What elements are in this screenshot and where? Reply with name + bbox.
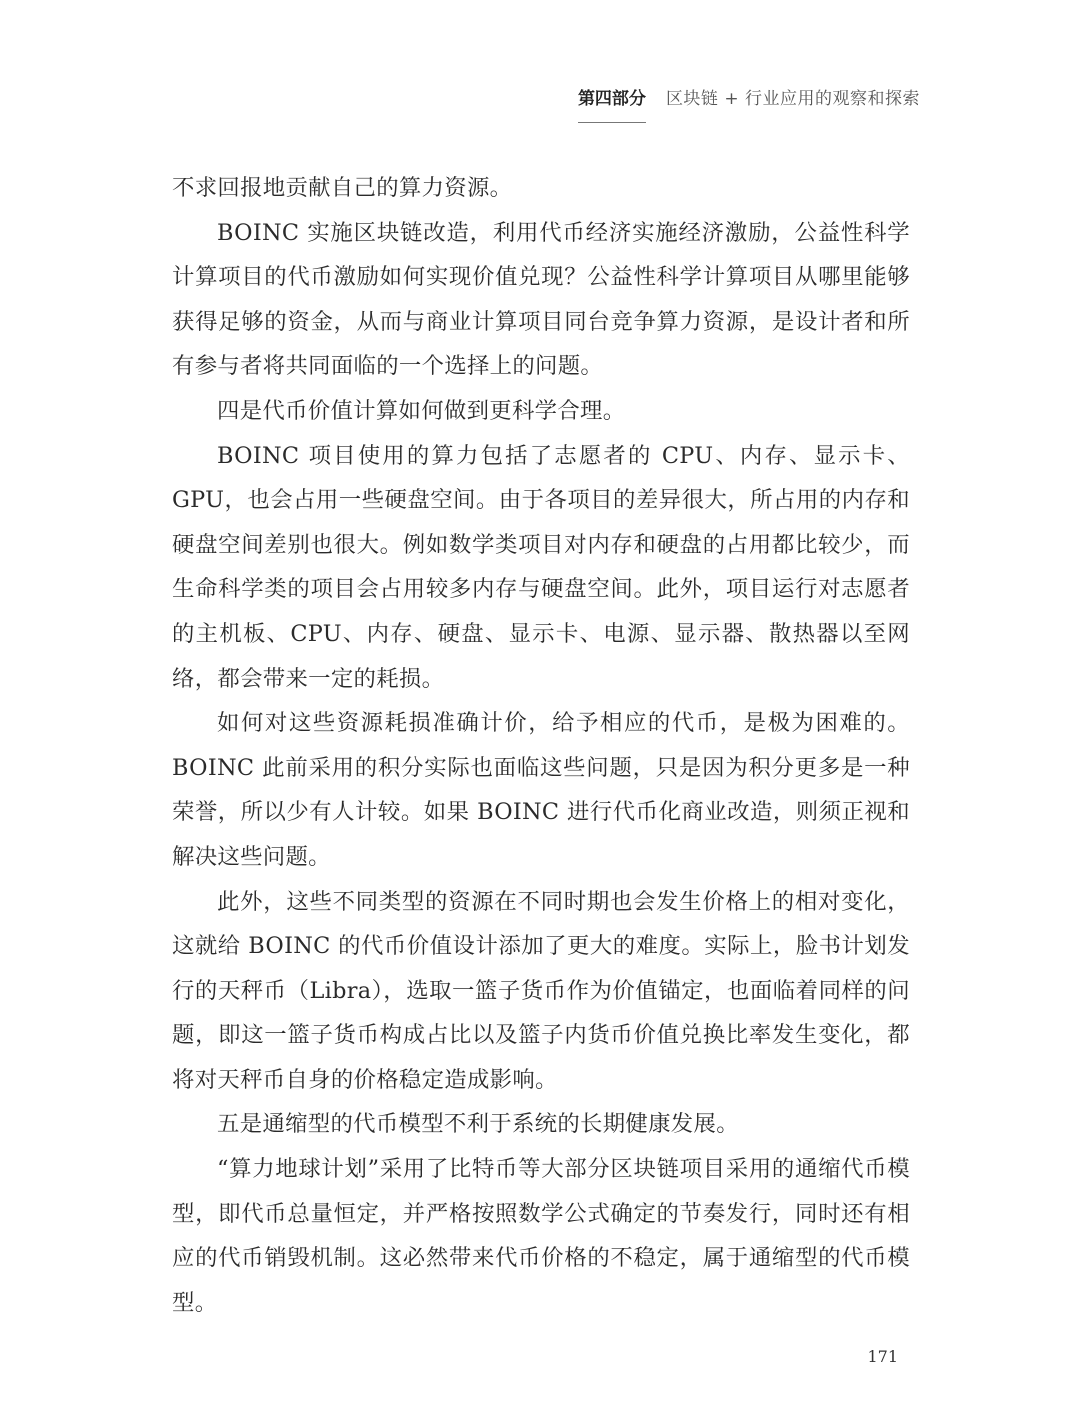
part-title: 区块链 + 行业应用的观察和探索 — [666, 84, 920, 109]
paragraph: 如何对这些资源耗损准确计价，给予相应的代币，是极为困难的。BOINC 此前采用的… — [172, 701, 910, 879]
page-number: 171 — [867, 1347, 898, 1366]
section-point-heading: 四是代币价值计算如何做到更科学合理。 — [172, 389, 910, 434]
paragraph: 此外，这些不同类型的资源在不同时期也会发生价格上的相对变化，这就给 BOINC … — [172, 880, 910, 1103]
section-point-heading: 五是通缩型的代币模型不利于系统的长期健康发展。 — [172, 1102, 910, 1147]
paragraph: BOINC 实施区块链改造，利用代币经济实施经济激励，公益性科学计算项目的代币激… — [172, 211, 910, 389]
part-label: 第四部分 — [578, 84, 646, 109]
paragraph: “算力地球计划”采用了比特币等大部分区块链项目采用的通缩代币模型，即代币总量恒定… — [172, 1147, 910, 1325]
paragraph: 不求回报地贡献自己的算力资源。 — [172, 166, 910, 211]
paragraph: BOINC 项目使用的算力包括了志愿者的 CPU、内存、显示卡、GPU，也会占用… — [172, 434, 910, 702]
body-text: 不求回报地贡献自己的算力资源。 BOINC 实施区块链改造，利用代币经济实施经济… — [172, 166, 910, 1325]
running-header: 第四部分 区块链 + 行业应用的观察和探索 — [578, 84, 920, 109]
